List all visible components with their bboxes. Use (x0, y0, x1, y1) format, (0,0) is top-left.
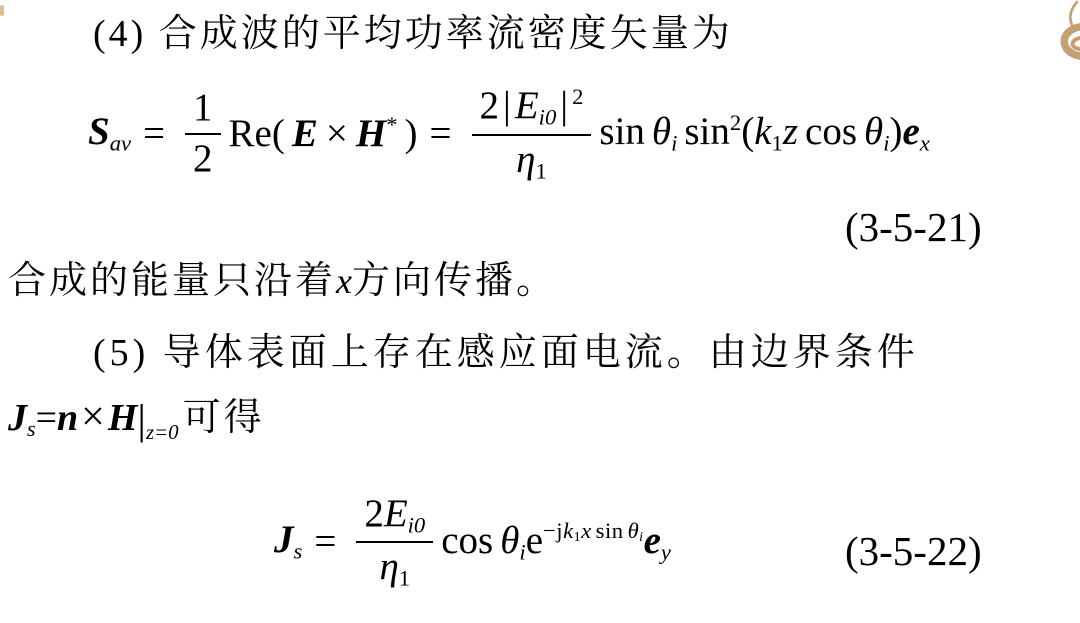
eq2-fraction: 2Ei0 η1 (356, 494, 433, 590)
boundary-evaluation-bar: | (137, 396, 146, 443)
eq1-num-squared: 2 (572, 84, 583, 109)
eq1-abs-bar-right: | (556, 84, 572, 127)
boundary-suffix-text: 可得 (183, 397, 265, 439)
slide: { "slide": { "background": "#ffffff", "t… (0, 0, 1080, 623)
eq1-S-subscript: av (110, 131, 131, 156)
boundary-equals: = (36, 397, 57, 439)
propagation-text-post: 方向传播。 (352, 260, 557, 302)
boundary-n-vector: n (57, 397, 78, 439)
eq2-exp-x: x (581, 518, 592, 543)
eq2-J: J (274, 518, 294, 561)
equation-number-3-5-21: (3-5-21) (845, 203, 982, 251)
eq1-E-vector: E (292, 112, 318, 155)
eq1-fraction-numerator: 2|Ei0|2 (472, 85, 592, 135)
eq1-equals-1: = (143, 113, 165, 156)
university-swirl-logo-icon (1042, 0, 1080, 68)
eq1-trig-tail: sinθisin2(k1zcosθi)ex (599, 111, 929, 156)
equation-3-5-22: Js = 2Ei0 η1 cosθie−jk1xsinθiey (274, 486, 671, 598)
logo-stem-stroke (1070, 2, 1077, 27)
eq1-num-E-subscript: i0 (539, 105, 557, 130)
eq1-fraction-one-half: 1 2 (185, 88, 221, 180)
eq1-open-paren: ( (741, 110, 754, 153)
eq2-unit-vector-e: e (644, 519, 661, 562)
propagation-variable-x: x (336, 261, 352, 301)
item-4-heading: (4) 合成波的平均功率流密度矢量为 (93, 11, 733, 59)
eq2-exponent: −jk1xsinθi (543, 518, 644, 543)
eq2-eta-subscript: 1 (399, 565, 410, 590)
eq1-eta-subscript: 1 (535, 158, 546, 183)
eq2-exp-theta: θ (628, 518, 640, 543)
eq1-close-paren-2: ) (889, 110, 902, 153)
eq1-fraction-denominator: η1 (516, 136, 547, 183)
eq2-eta: η (379, 545, 398, 588)
eq1-sin-squared: 2 (730, 110, 741, 135)
eq1-half-numerator: 1 (185, 88, 221, 135)
eq1-fraction-amplitude: 2|Ei0|2 η1 (472, 85, 592, 182)
boundary-J: J (8, 397, 27, 439)
eq1-k: k (754, 110, 771, 153)
equation-number-3-5-22: (3-5-22) (845, 527, 982, 575)
eq1-sin-2: sin (684, 110, 730, 153)
eq1-num-E: E (515, 84, 539, 127)
eq1-cross-times: × (326, 112, 348, 155)
eq2-num-E-subscript: i0 (408, 512, 426, 537)
eq2-fraction-numerator: 2Ei0 (356, 494, 433, 543)
eq1-theta-1: θ (652, 110, 671, 153)
corner-speck-decoration (0, 5, 4, 16)
eq2-unit-vector-subscript-y: y (661, 539, 671, 564)
eq2-exp-minus-j: −j (543, 518, 563, 543)
eq1-abs-bar-left: | (499, 84, 515, 127)
eq1-S-av: Sav (88, 111, 131, 156)
eq1-k-subscript: 1 (772, 131, 783, 156)
eq2-exp-sin: sin (596, 518, 624, 543)
eq1-theta-1-subscript: i (671, 131, 677, 156)
eq1-cos: cos (805, 110, 857, 153)
eq1-z: z (783, 110, 798, 153)
propagation-sentence: 合成的能量只沿着x方向传播。 (8, 258, 557, 306)
eq2-exp-k: k (563, 518, 574, 543)
eq2-exp-k-subscript: 1 (574, 530, 582, 545)
item-5-heading: (5) 导体表面上存在感应面电流。由边界条件 (93, 330, 919, 378)
equation-3-5-21: Sav = 1 2 Re(E×H*) = 2|Ei0|2 η1 sinθisin… (88, 82, 930, 186)
eq2-exponential-base: e (526, 519, 543, 562)
boundary-cross-times: × (81, 394, 105, 440)
logo-inner-swirl-stroke (1073, 38, 1080, 49)
eq1-sin-1: sin (599, 110, 645, 153)
propagation-text-pre: 合成的能量只沿着 (8, 260, 336, 302)
eq2-theta: θ (500, 519, 519, 562)
eq1-theta-2: θ (864, 110, 883, 153)
eq1-equals-2: = (430, 113, 452, 156)
boundary-J-subscript: s (27, 416, 36, 441)
eq1-num-coefficient: 2 (480, 84, 500, 127)
eq2-J-subscript: s (294, 539, 303, 564)
eq1-unit-vector-e: e (902, 110, 919, 153)
eq1-H-vector: H (356, 112, 386, 155)
eq1-close-paren: ) (405, 112, 418, 155)
eq1-re-open: Re( (229, 112, 285, 155)
eq2-fraction-denominator: η1 (379, 543, 410, 590)
eq2-equals: = (314, 521, 336, 564)
eq1-eta: η (516, 138, 535, 181)
eq2-J-s: Js (274, 519, 302, 564)
eq1-unit-vector-subscript-x: x (920, 131, 930, 156)
boundary-H-vector: H (108, 397, 138, 439)
eq1-S: S (88, 110, 110, 153)
boundary-bar-subscript-z0: z=0 (146, 420, 179, 444)
eq1-re-product: Re(E×H*) (229, 113, 418, 156)
eq2-num-coefficient: 2 (364, 492, 384, 535)
eq2-num-E: E (384, 492, 408, 535)
eq2-tail: cosθie−jk1xsinθiey (441, 519, 671, 565)
eq1-H-conjugate-star: * (386, 112, 397, 137)
eq2-cos: cos (441, 519, 493, 562)
boundary-condition-line: Js=n×H|z=0可得 (8, 392, 265, 445)
eq1-half-denominator: 2 (193, 135, 213, 180)
